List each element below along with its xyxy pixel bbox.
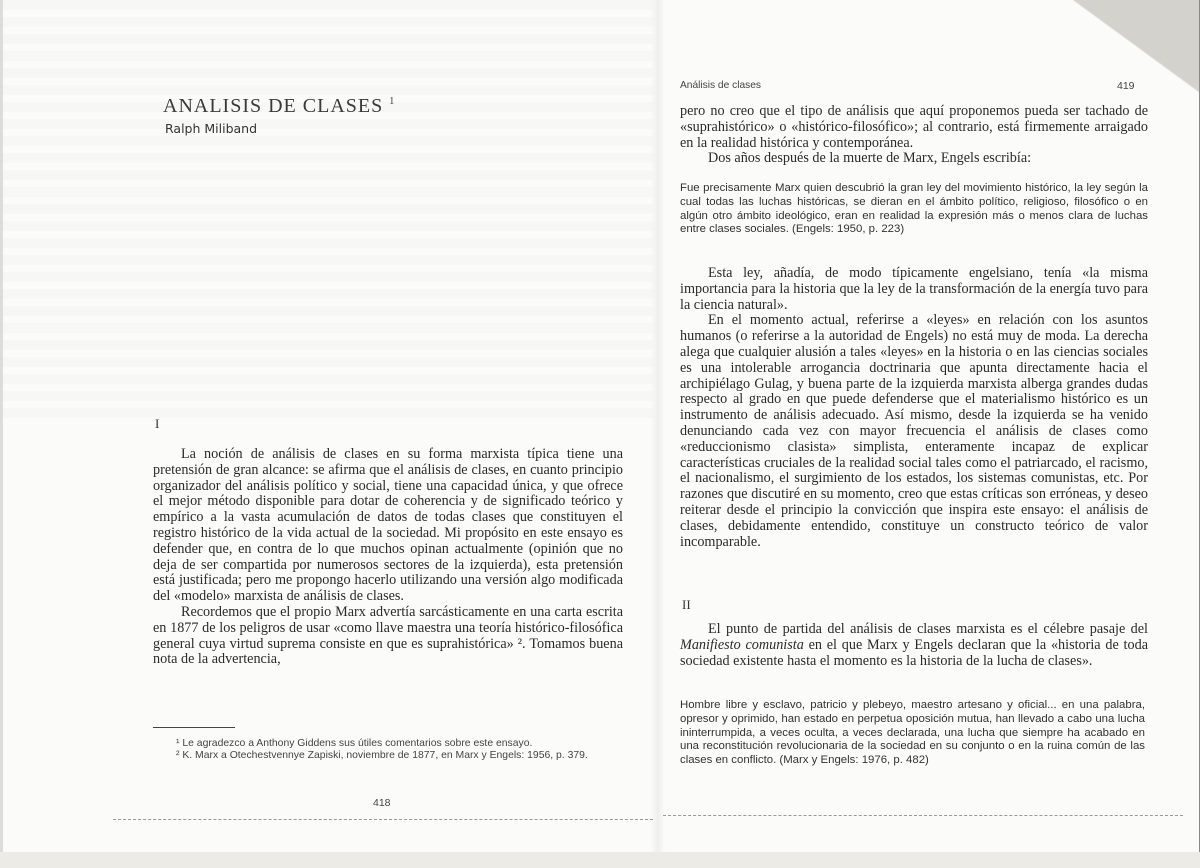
footnotes: ¹ Le agradezco a Anthony Giddens sus úti… [148, 738, 618, 761]
paragraph-text: La noción de análisis de clases en su fo… [153, 446, 623, 604]
book-gutter [651, 0, 665, 852]
paragraph-text: Esta ley, añadía, de modo típicamente en… [680, 265, 1148, 313]
section-number-2: II [682, 597, 691, 613]
author-name: Ralph Miliband [165, 121, 257, 136]
page-bottom-edge-right [663, 815, 1183, 816]
running-head: Análisis de clases [680, 80, 761, 91]
section-number-1: I [155, 416, 159, 432]
scanner-bed-strip [0, 852, 1200, 868]
title-text: ANALISIS DE CLASES [163, 95, 383, 117]
show-through-bleed [3, 0, 653, 420]
paragraph: En el momento actual, referirse a «leyes… [680, 313, 1148, 550]
scanned-spread: ANALISIS DE CLASES 1 Ralph Miliband I La… [0, 0, 1200, 852]
block-quote-engels: Fue precisamente Marx quien descubrió la… [680, 182, 1148, 237]
footnote-1: ¹ Le agradezco a Anthony Giddens sus úti… [148, 738, 618, 750]
right-body-middle: Esta ley, añadía, de modo típicamente en… [680, 266, 1148, 550]
paragraph-text: El punto de partida del análisis de clas… [708, 621, 1148, 637]
paragraph: La noción de análisis de clases en su fo… [153, 447, 623, 605]
block-quote-manifesto: Hombre libre y esclavo, patricio y plebe… [680, 699, 1145, 768]
left-body: La noción de análisis de clases en su fo… [153, 447, 623, 668]
page-bottom-edge-left [113, 819, 653, 820]
right-body-section-2: El punto de partida del análisis de clas… [680, 622, 1148, 669]
footnote-divider [153, 727, 235, 728]
paragraph: El punto de partida del análisis de clas… [680, 622, 1148, 669]
paragraph: Esta ley, añadía, de modo típicamente en… [680, 266, 1148, 313]
page-title: ANALISIS DE CLASES 1 [163, 95, 395, 118]
page-number-left: 418 [373, 797, 391, 809]
paragraph: Recordemos que el propio Marx advertía s… [153, 605, 623, 668]
title-footnote-marker: 1 [389, 96, 395, 107]
paragraph: Dos años después de la muerte de Marx, E… [680, 151, 1148, 167]
folded-corner [1073, 0, 1200, 95]
right-body-top: pero no creo que el tipo de análisis que… [680, 104, 1148, 167]
paragraph-text: En el momento actual, referirse a «leyes… [680, 312, 1148, 549]
footnote-2: ² K. Marx a Otechestvennye Zapiski, novi… [148, 750, 618, 762]
paragraph-continued: pero no creo que el tipo de análisis que… [680, 104, 1148, 151]
paragraph-text: Recordemos que el propio Marx advertía s… [153, 604, 623, 667]
paragraph-text: Dos años después de la muerte de Marx, E… [708, 150, 1031, 166]
book-title-italic: Manifiesto comunista [680, 637, 804, 653]
